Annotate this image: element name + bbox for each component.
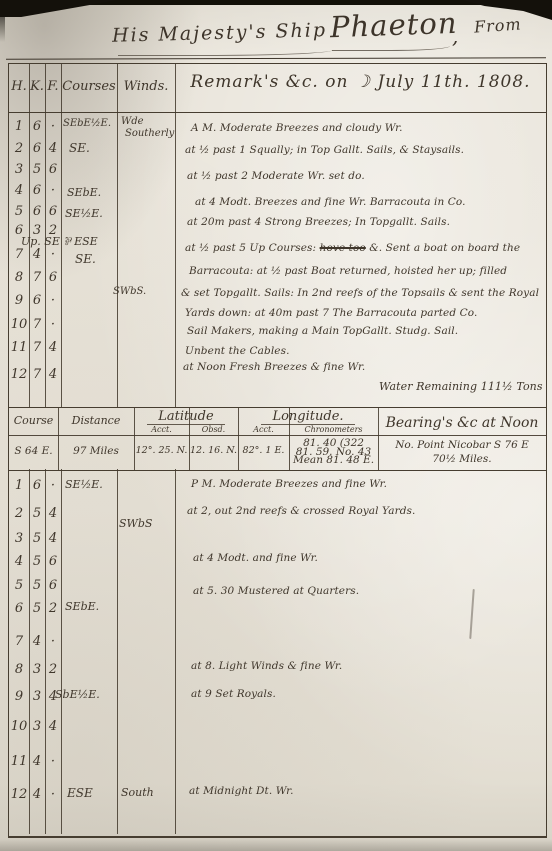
remark-line: at 20m past 4 Strong Breezes; In Topgall… [187,216,450,228]
wind-entry: SWbS. [113,286,146,297]
remark-line: at 5. 30 Mustered at Quarters. [193,585,359,597]
ink-smudge [469,589,474,639]
header-knots: K. [29,79,45,94]
knots-cell: 3 [29,719,45,734]
noon-lat-obs-value: 12. 16. N. [189,445,238,456]
knots-cell: 5 [29,601,45,616]
hour-cell: 12 [10,787,28,802]
noon-header-longitude: Longitude. [238,409,378,424]
ship-name-flourish [332,45,450,51]
knots-cell: 7 [29,340,45,355]
knots-cell: 3 [29,689,45,704]
log-row: 456 [9,554,175,574]
fathoms-cell: 6 [45,204,61,219]
fathoms-cell: · [45,634,61,649]
remark-line: at Midnight Dt. Wr. [189,785,294,797]
hour-cell: 10 [10,317,28,332]
remark-text: at ½ past 5 Up Courses: [185,242,320,254]
log-row: 96· [9,293,175,313]
fathoms-cell: 6 [45,554,61,569]
knots-cell: 6 [29,293,45,308]
hour-cell: 9 [10,293,28,308]
course-entry: SEbE. [67,186,101,199]
log-row: 832 [9,662,175,682]
noon-bearing-value-line2: 70½ Miles. [378,453,546,465]
log-table: H. K. F. Courses Winds. Remark's &c. on … [8,63,547,838]
fathoms-cell: 6 [45,578,61,593]
knots-cell: 7 [29,270,45,285]
fathoms-cell: 4 [45,141,61,156]
course-entry: SE½E. [65,478,103,491]
header-courses: Courses [61,79,117,94]
noon-distance-value: 97 Miles [58,445,134,457]
table-top-rule [6,57,546,59]
hour-cell: 2 [10,141,28,156]
fathoms-cell: · [45,317,61,332]
hour-cell: 9 [10,689,28,704]
course-entry: SE. [75,252,96,266]
noon-header-latitude: Latitude [134,409,238,424]
hour-cell: 4 [10,554,28,569]
pm-section: 16· 254 354 456 556 652 74· 832 934 1034… [9,469,546,834]
course-entry: ESE [67,786,93,800]
knots-cell: 4 [29,754,45,769]
title-flourish [118,49,333,56]
wind-entry: SWbS [119,517,152,530]
hour-cell: 11 [10,754,28,769]
fathoms-cell: · [45,754,61,769]
hour-cell: 6 [10,601,28,616]
remark-line: Unbent the Cables. [185,345,290,357]
header-remarks: Remark's &c. on ☽ July 11th. 1808. [175,72,546,92]
hour-cell: 10 [10,719,28,734]
knots-cell: 7 [29,367,45,382]
knots-cell: 3 [29,662,45,677]
course-entry: SE½E. [65,207,103,220]
remark-line: at 4 Modt. and fine Wr. [193,552,318,564]
chron-line: Mean 81. 48 E. [293,454,374,466]
fathoms-cell: 4 [45,531,61,546]
hour-cell: 7 [10,247,28,262]
knots-cell: 4 [29,787,45,802]
remark-line: Yards down: at 40m past 7 The Barracouta… [185,307,477,319]
am-section: 16· 264 356 46· 566 632 74· 876 96· 107·… [9,112,546,407]
fathoms-cell: 4 [45,367,61,382]
knots-cell: 6 [29,141,45,156]
scan-edge-bottom [0,839,552,851]
fathoms-cell: · [45,183,61,198]
log-row: 114· [9,754,175,774]
log-row: 1034 [9,719,175,739]
knots-cell: 5 [29,506,45,521]
log-row: 1174 [9,340,175,360]
hour-cell: 5 [10,578,28,593]
remark-line: & set Topgallt. Sails: In 2nd reefs of t… [181,287,539,299]
noon-course-value: S 64 E. [9,445,58,457]
column-divider [175,112,176,407]
table-header-row: H. K. F. Courses Winds. Remark's &c. on … [9,64,546,113]
noon-observations: Course Distance Latitude Acct. Obsd. Lon… [9,407,546,471]
hour-cell: 11 [10,340,28,355]
course-entry: SbE½E. [55,688,100,701]
header-hours: H. [9,79,29,94]
noon-header-bearings: Bearing's &c at Noon [378,415,546,431]
remark-line: at ½ past 2 Moderate Wr. set do. [187,170,365,182]
remark-line: at 4 Modt. Breezes and fine Wr. Barracou… [195,196,466,208]
remark-line: P M. Moderate Breezes and fine Wr. [191,478,387,490]
fathoms-cell: 2 [45,662,61,677]
knots-cell: 5 [29,554,45,569]
hour-cell: 4 [10,183,28,198]
log-row: 354 [9,531,175,551]
hour-cell: 12 [10,367,28,382]
remark-text: &. Sent a boat on board the [366,242,520,254]
fathoms-cell: · [45,478,61,493]
knots-cell: 6 [29,119,45,134]
wind-entry: Southerly [125,128,174,139]
fathoms-cell: 2 [45,601,61,616]
knots-cell: 5 [29,578,45,593]
hour-cell: 8 [10,270,28,285]
remark-line: at 8. Light Winds & fine Wr. [191,660,342,672]
log-row: 556 [9,578,175,598]
remark-line: at ½ past 5 Up Courses: hove too &. Sent… [185,242,520,254]
knots-cell: 6 [29,204,45,219]
knots-cell: 5 [29,162,45,177]
wind-entry: Wde [121,116,144,127]
scan-corner-top-left [0,0,118,17]
course-entry: SE. [69,141,90,155]
log-row: 264 [9,141,175,161]
noon-lat-acct-value: 12°. 25. N. [134,445,189,456]
noon-bearing-value-line1: No. Point Nicobar S 76 E [378,439,546,451]
log-row: 1274 [9,367,175,387]
noon-lon-acct-value: 82°. 1 E. [238,445,289,456]
log-row: 356 [9,162,175,182]
noon-subheader-chronometers: Chronometers [289,425,378,434]
log-row: 107· [9,317,175,337]
course-entry: SEbE. [65,600,99,613]
noon-chronometer-value: 81. 40 (32281. 59. No. 43Mean 81. 48 E. [289,439,378,465]
column-divider [175,469,176,834]
remark-line: at 9 Set Royals. [191,688,276,700]
course-entry: SEbE½E. [63,118,111,129]
fathoms-cell: 6 [45,270,61,285]
noon-subheader-lon-acct: Acct. [238,425,289,434]
hour-cell: 1 [10,119,28,134]
course-entry: Up. SE ⅌ ESE [21,234,98,249]
fathoms-cell: 6 [45,162,61,177]
page-title-prefix: His Majesty's Ship [112,19,327,47]
knots-cell: 6 [29,183,45,198]
hour-cell: 7 [10,634,28,649]
hour-cell: 5 [10,204,28,219]
ship-name: Phaeton [329,6,458,44]
scan-edge-left [0,0,5,42]
fathoms-cell: · [45,247,61,262]
hour-cell: 8 [10,662,28,677]
knots-cell: 7 [29,317,45,332]
knots-cell: 4 [29,247,45,262]
remark-line: at 2, out 2nd reefs & crossed Royal Yard… [187,505,416,517]
header-fathoms: F. [45,79,61,94]
noon-subheader-lat-acct: Acct. [134,425,189,434]
fathoms-cell: 4 [45,719,61,734]
wind-entry: South [121,786,154,799]
hour-cell: 2 [10,506,28,521]
noon-header-rule [9,435,546,436]
hour-cell: 1 [10,478,28,493]
remark-struck-text: hove too [320,242,366,254]
fathoms-cell: · [45,119,61,134]
fathoms-cell: · [45,293,61,308]
knots-cell: 4 [29,634,45,649]
header-winds: Winds. [117,79,175,94]
fathoms-cell: 4 [45,506,61,521]
knots-cell: 5 [29,531,45,546]
water-remaining-note: Water Remaining 111½ Tons [379,380,543,393]
fathoms-cell: · [45,787,61,802]
log-row: 876 [9,270,175,290]
from-label: From [473,14,522,36]
log-row: 74· [9,634,175,654]
fathoms-cell: 4 [45,340,61,355]
remark-line: at Noon Fresh Breezes & fine Wr. [183,361,365,373]
remark-line: Barracouta: at ½ past Boat returned, hoi… [189,265,507,277]
remark-line: at ½ past 1 Squally; in Top Gallt. Sails… [185,144,464,156]
hour-cell: 3 [10,162,28,177]
noon-subheader-lat-obs: Obsd. [189,425,238,434]
knots-cell: 6 [29,478,45,493]
remark-line: Sail Makers, making a Main TopGallt. Stu… [187,325,458,337]
noon-header-distance: Distance [58,414,134,427]
logbook-page: His Majesty's Ship Phaeton , From H. K. … [0,0,552,851]
hour-cell: 3 [10,531,28,546]
noon-header-course: Course [9,414,58,427]
remark-line: A M. Moderate Breezes and cloudy Wr. [191,122,403,134]
title-comma: , [452,24,458,48]
